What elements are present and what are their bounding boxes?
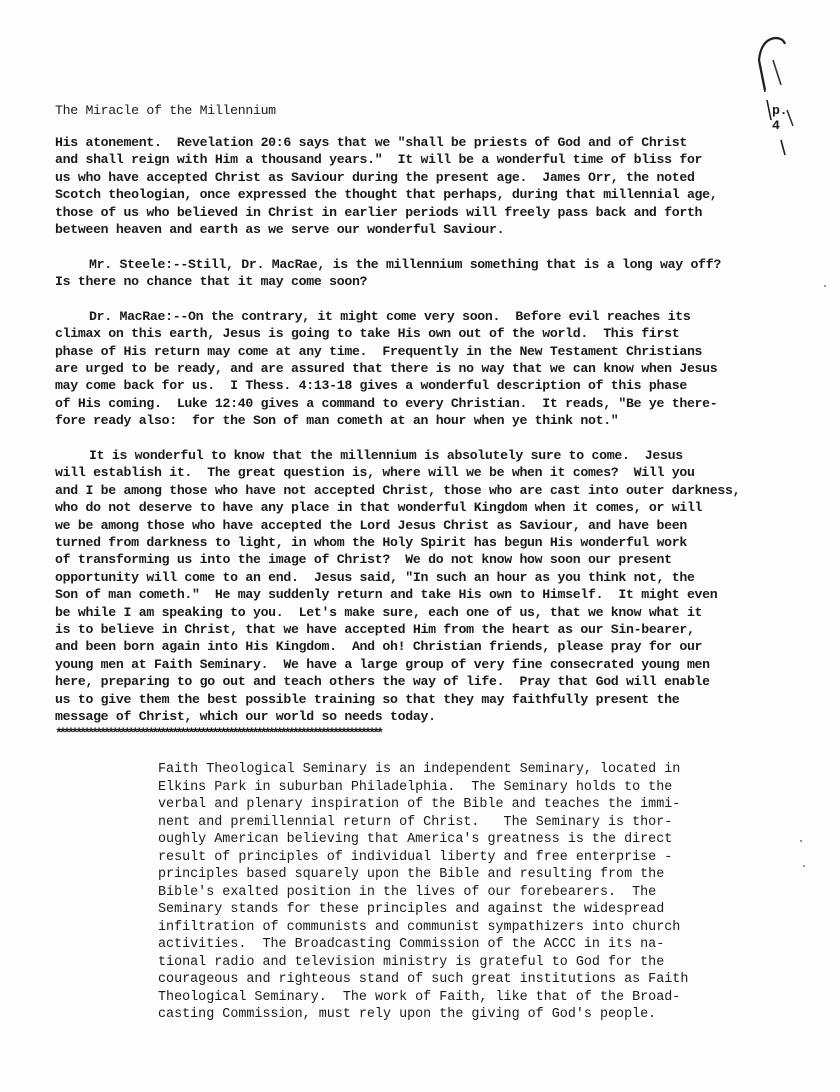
text-line: opportunity will come to an end. Jesus s… [55, 569, 815, 586]
notice-line: principles based squarely upon the Bible… [158, 866, 718, 884]
text-line: fore ready also: for the Son of man come… [55, 412, 815, 429]
notice-line: courageous and righteous stand of such g… [158, 971, 718, 989]
paragraph-1: His atonement. Revelation 20:6 says that… [55, 134, 815, 238]
notice-line: Faith Theological Seminary is an indepen… [158, 761, 718, 779]
paragraph-2: Mr. Steele:--Still, Dr. MacRae, is the m… [55, 256, 815, 291]
text-line: between heaven and earth as we serve our… [55, 221, 815, 238]
document-page: The Miracle of the Millennium p. 4 His a… [0, 0, 840, 1092]
transcript-body: His atonement. Revelation 20:6 says that… [55, 134, 815, 743]
text-line: Scotch theologian, once expressed the th… [55, 186, 815, 203]
seminary-notice: Faith Theological Seminary is an indepen… [158, 761, 718, 1024]
text-line: and shall reign with Him a thousand year… [55, 151, 815, 168]
notice-line: infiltration of communists and communist… [158, 919, 718, 937]
text-line: us to give them the best possible traini… [55, 691, 815, 708]
asterisk-separator: ****************************************… [55, 725, 763, 742]
text-line: we be among those who have accepted the … [55, 517, 815, 534]
page-header: The Miracle of the Millennium p. 4 [55, 103, 760, 118]
text-line: who do not deserve to have any place in … [55, 499, 815, 516]
text-line: be while I am speaking to you. Let's mak… [55, 604, 815, 621]
notice-line: tional radio and television ministry is … [158, 954, 718, 972]
notice-line: Bible's exalted position in the lives of… [158, 884, 718, 902]
text-line: are urged to be ready, and are assured t… [55, 360, 815, 377]
document-title: The Miracle of the Millennium [55, 103, 276, 118]
text-line: turned from darkness to light, in whom t… [55, 534, 815, 551]
notice-line: nent and premillennial return of Christ.… [158, 814, 718, 832]
text-line: Is there no chance that it may come soon… [55, 273, 815, 290]
text-line: and been born again into His Kingdom. An… [55, 638, 815, 655]
notice-line: oughly American believing that America's… [158, 831, 718, 849]
text-line: may come back for us. I Thess. 4:13-18 g… [55, 377, 815, 394]
text-line: phase of His return may come at any time… [55, 343, 815, 360]
page-number: p. 4 [772, 103, 787, 133]
paragraph-3: Dr. MacRae:--On the contrary, it might c… [55, 308, 815, 430]
text-line: us who have accepted Christ as Saviour d… [55, 169, 815, 186]
text-line: here, preparing to go out and teach othe… [55, 673, 815, 690]
paragraph-gap [55, 430, 815, 447]
notice-line: Elkins Park in suburban Philadelphia. Th… [158, 779, 718, 797]
text-line: and I be among those who have not accept… [55, 482, 815, 499]
text-line: message of Christ, which our world so ne… [55, 708, 815, 725]
notice-line: Seminary stands for these principles and… [158, 901, 718, 919]
text-line: young men at Faith Seminary. We have a l… [55, 656, 815, 673]
text-line: will establish it. The great question is… [55, 464, 815, 481]
paragraph-4: It is wonderful to know that the millenn… [55, 447, 815, 725]
text-line: Dr. MacRae:--On the contrary, it might c… [55, 308, 815, 325]
scan-speck [824, 285, 826, 287]
text-line: those of us who believed in Christ in ea… [55, 204, 815, 221]
paragraph-gap [55, 291, 815, 308]
text-line: is to believe in Christ, that we have ac… [55, 621, 815, 638]
text-line: His atonement. Revelation 20:6 says that… [55, 134, 815, 151]
text-line: climax on this earth, Jesus is going to … [55, 325, 815, 342]
notice-line: activities. The Broadcasting Commission … [158, 936, 718, 954]
paragraph-gap [55, 238, 815, 255]
text-line: It is wonderful to know that the millenn… [55, 447, 815, 464]
text-line: Son of man cometh." He may suddenly retu… [55, 586, 815, 603]
notice-line: verbal and plenary inspiration of the Bi… [158, 796, 718, 814]
notice-line: casting Commission, must rely upon the g… [158, 1006, 718, 1024]
notice-line: result of principles of individual liber… [158, 849, 718, 867]
text-line: of His coming. Luke 12:40 gives a comman… [55, 395, 815, 412]
scan-speck [800, 840, 802, 842]
scan-speck [803, 865, 805, 867]
notice-line: Theological Seminary. The work of Faith,… [158, 989, 718, 1007]
text-line: Mr. Steele:--Still, Dr. MacRae, is the m… [55, 256, 815, 273]
text-line: of transforming us into the image of Chr… [55, 551, 815, 568]
